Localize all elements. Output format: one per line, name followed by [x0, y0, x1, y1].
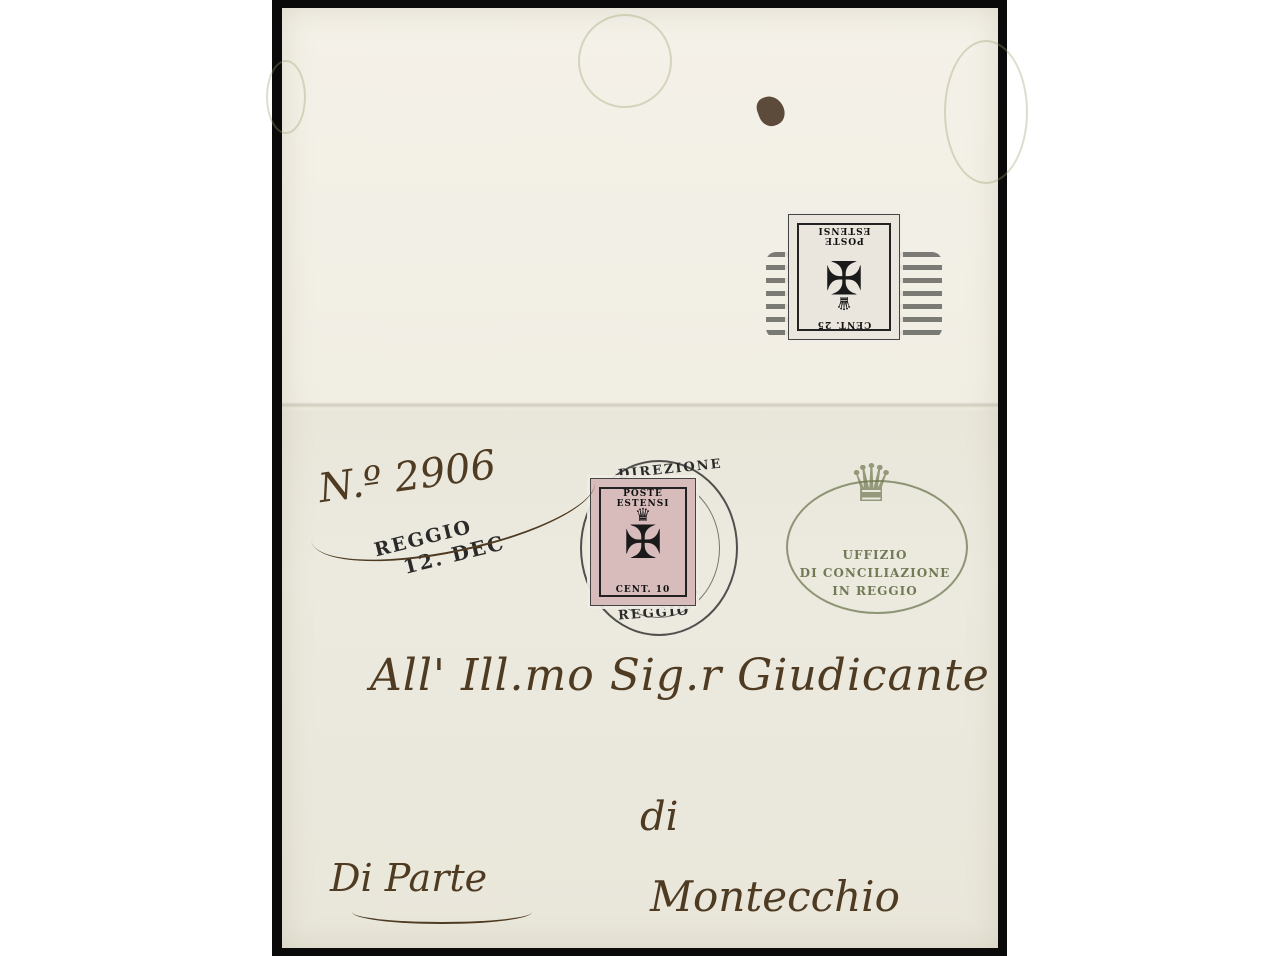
faint-postmark-right	[944, 40, 1028, 184]
stamp-25-cent: CENT. 25 ♛ ✠ POSTE ESTENSI	[788, 214, 900, 340]
addressee-line: All' Ill.mo Sig.r Giudicante	[370, 650, 990, 701]
faint-postmark-left	[266, 60, 306, 134]
stamp-label-top: CENT. 25	[801, 319, 887, 329]
underline-flourish	[352, 900, 532, 924]
stamp-10-cent: POSTE ESTENSI ♛ ✠ CENT. 10	[590, 478, 696, 606]
destination-town: Montecchio	[650, 872, 900, 921]
faint-postmark-top	[578, 14, 672, 108]
eagle-icon: ✠	[624, 519, 663, 565]
stamp-label-bottom: POSTE ESTENSI	[801, 225, 887, 245]
handstamp-line-2: DI CONCILIAZIONE	[790, 566, 960, 580]
eagle-icon: ✠	[825, 254, 864, 300]
handstamp-line-1: UFFIZIO	[790, 548, 960, 562]
stamp-label-bottom: CENT. 10	[603, 585, 683, 595]
address-di: di	[640, 794, 678, 840]
eagle-icon: ♛	[848, 454, 895, 514]
fold-line	[282, 402, 998, 408]
sender-note: Di Parte	[330, 856, 487, 900]
handstamp-line-3: IN REGGIO	[790, 584, 960, 598]
